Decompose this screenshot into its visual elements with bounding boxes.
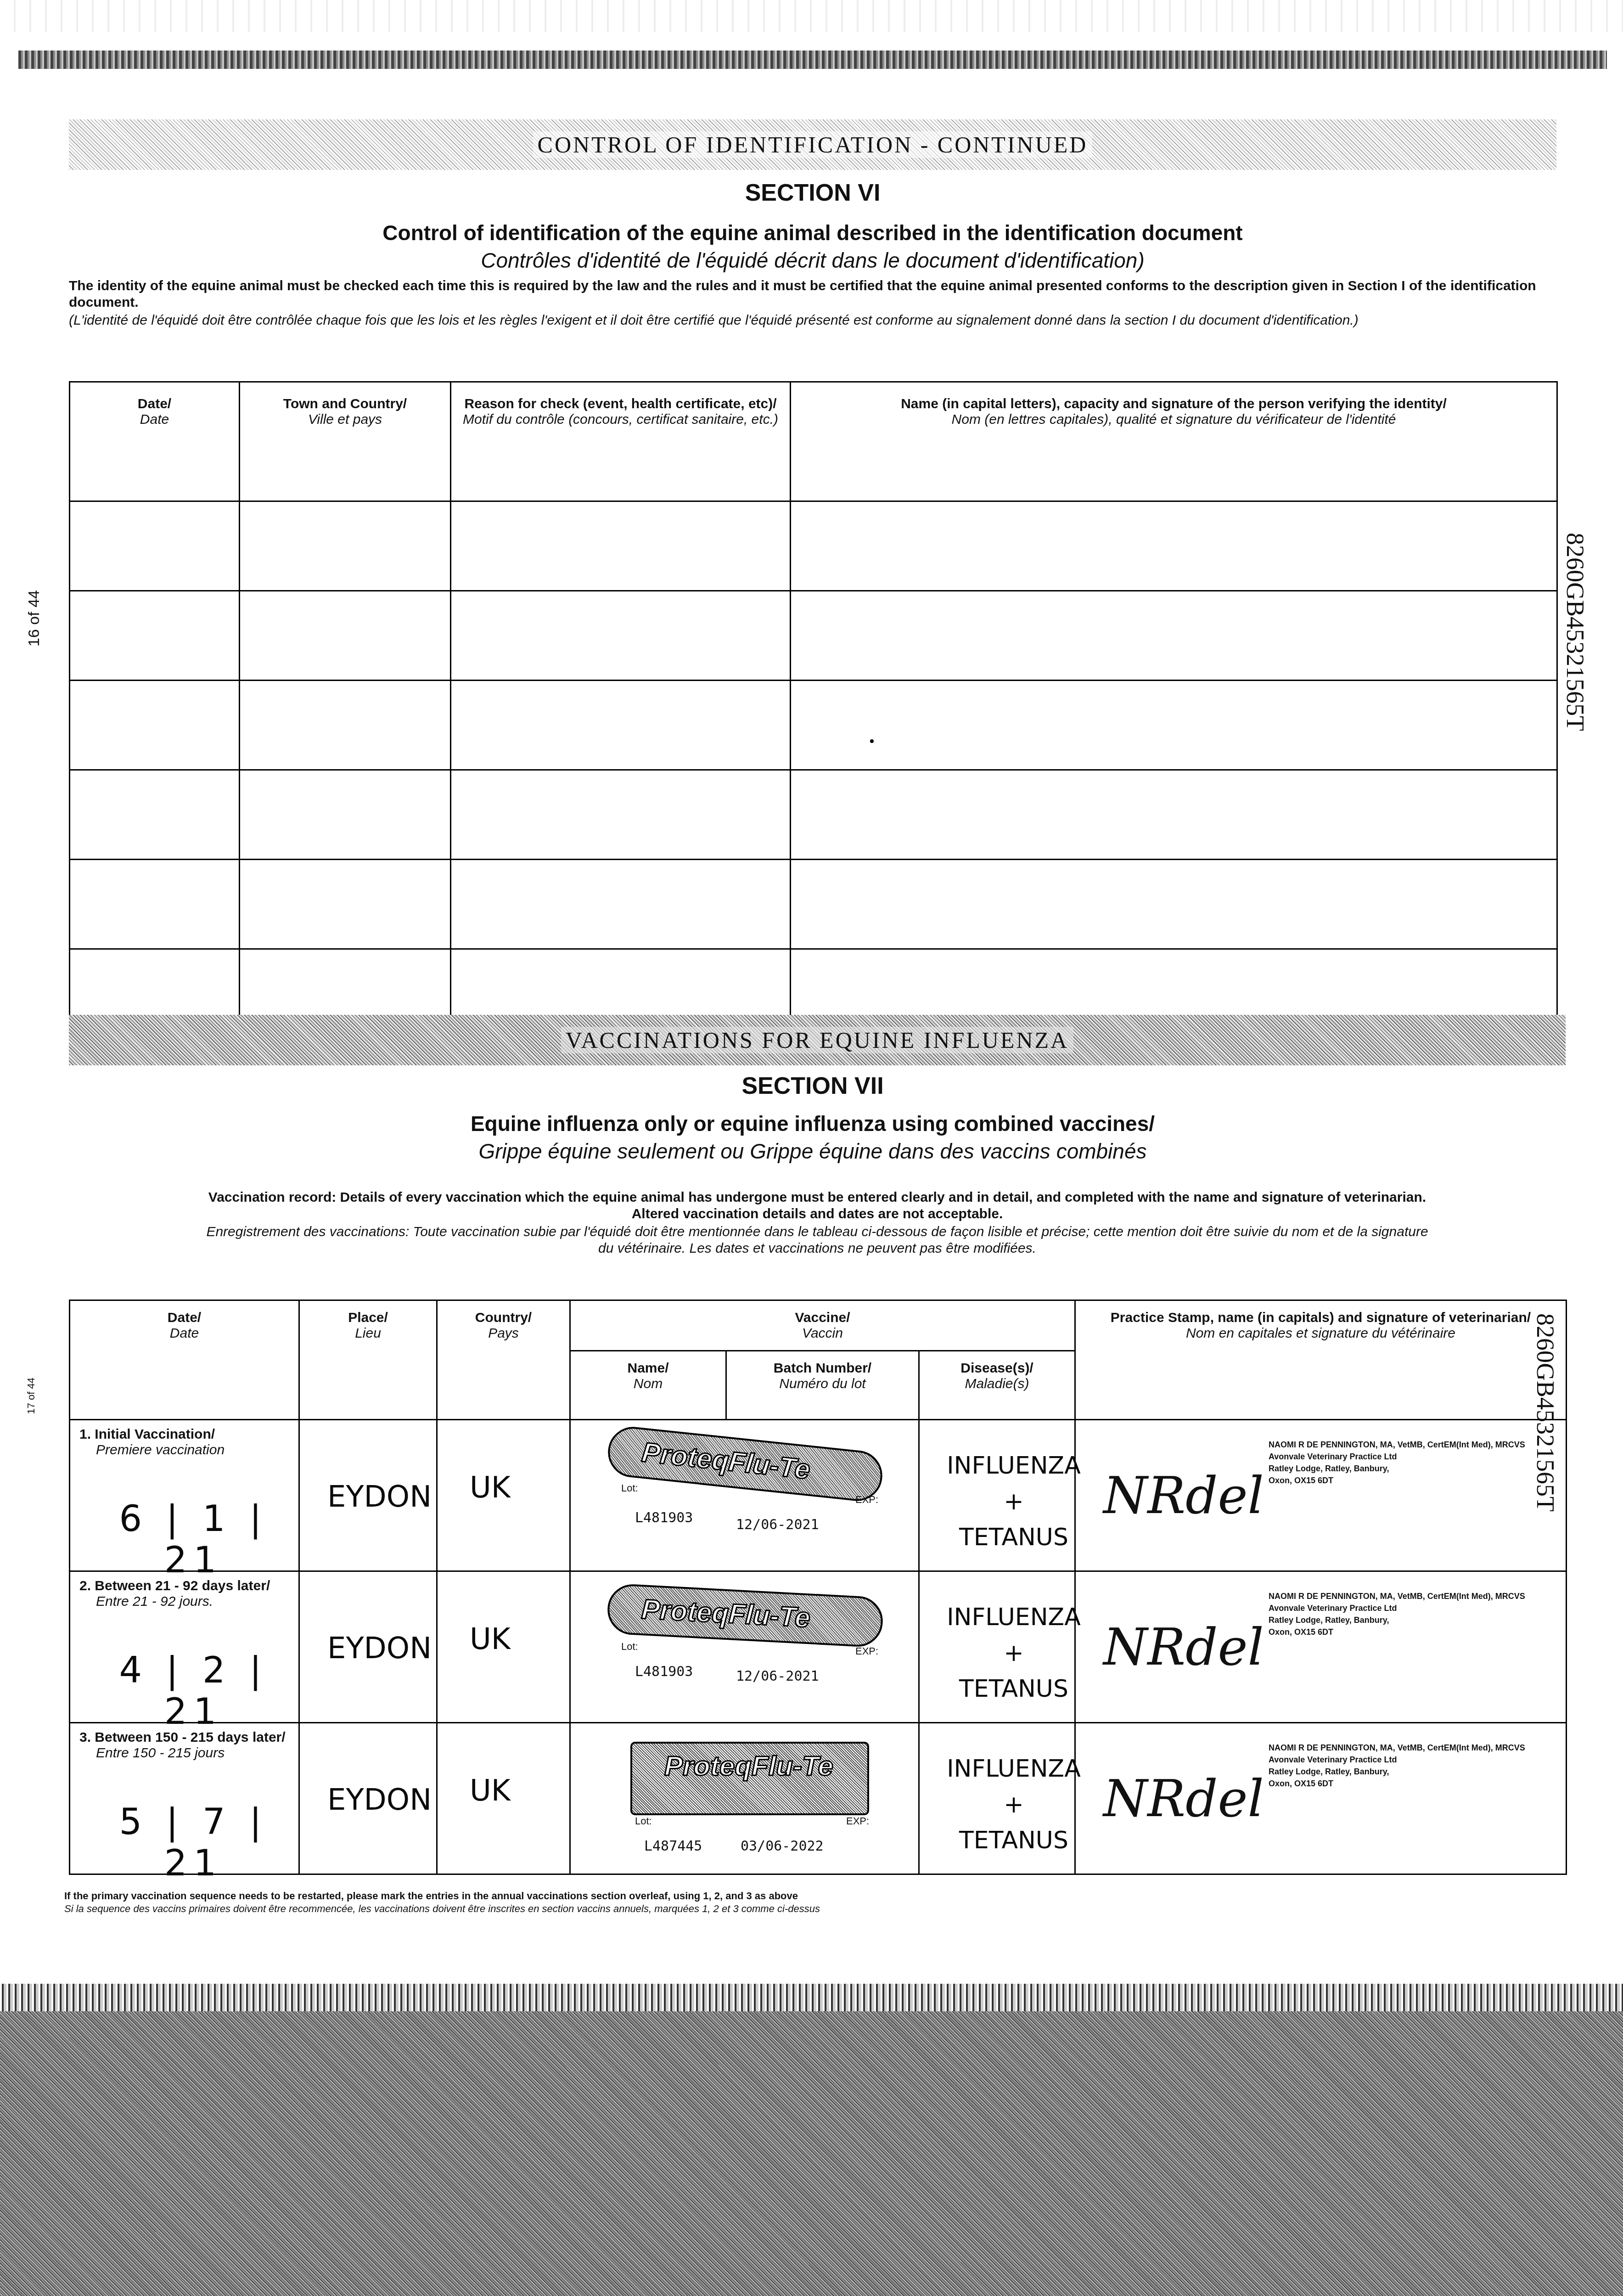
handwritten-date: 6 | 1 | 21 (89, 1498, 298, 1581)
cell[interactable] (451, 860, 791, 949)
col-practice-stamp: Practice Stamp, name (in capitals) and s… (1075, 1300, 1567, 1420)
expiry-date: 12/06-2021 (736, 1668, 819, 1684)
section6-title: SECTION VI (51, 179, 1575, 207)
handwritten-place: EYDON (327, 1480, 432, 1514)
section6-subtitle-fr: Contrôles d'identité de l'équidé décrit … (51, 248, 1575, 273)
identity-check-table: Date/Date Town and Country/Ville et pays… (69, 381, 1558, 1039)
cell[interactable] (451, 591, 791, 681)
passport-id-lower: 8260GB45321565T (1531, 1313, 1560, 1512)
section7-subtitle-fr: Grippe équine seulement ou Grippe équine… (51, 1139, 1575, 1164)
country-cell[interactable]: UK (437, 1420, 570, 1571)
place-cell[interactable]: EYDON (299, 1571, 437, 1723)
footnote-fr: Si la sequence des vaccins primaires doi… (64, 1902, 1561, 1915)
stamp-cell[interactable]: NRdel NAOMI R DE PENNINGTON, MA, VetMB, … (1075, 1723, 1567, 1874)
section6-instruction-fr: (L'identité de l'équidé doit être contrô… (69, 312, 1556, 329)
vaccine-sticker: ProteqFlu-Te (606, 1424, 885, 1503)
handwritten-diseases: INFLUENZA+TETANUS (931, 1448, 1096, 1555)
col-vaccine-name: Name/Nom (570, 1351, 726, 1420)
vaccination-record-en-line1: Vaccination record: Details of every vac… (69, 1189, 1566, 1206)
table-row (70, 501, 1557, 591)
handwritten-country: UK (470, 1774, 511, 1808)
cell[interactable] (70, 501, 240, 591)
table-row (70, 681, 1557, 770)
col-verifier: Name (in capital letters), capacity and … (791, 382, 1557, 501)
vaccine-sticker-cell[interactable]: ProteqFlu-Te Lot: EXP: L481903 12/06-202… (570, 1571, 919, 1723)
practice-stamp: NAOMI R DE PENNINGTON, MA, VetMB, CertEM… (1269, 1590, 1525, 1638)
lot-label: Lot: (621, 1641, 638, 1653)
stage-label: 2. Between 21 - 92 days later/Entre 21 -… (79, 1578, 270, 1609)
stamp-cell[interactable]: NRdel NAOMI R DE PENNINGTON, MA, VetMB, … (1075, 1571, 1567, 1723)
section7-banner-text: VACCINATIONS FOR EQUINE INFLUENZA (561, 1027, 1073, 1053)
page-number-lower: 17 of 44 (25, 1378, 37, 1414)
col-batch-number: Batch Number/Numéro du lot (726, 1351, 919, 1420)
col-date: Date/Date (70, 382, 240, 501)
vaccine-sticker-cell[interactable]: ProteqFlu-Te Lot: EXP: L487445 03/06-202… (570, 1723, 919, 1874)
cell[interactable] (791, 860, 1557, 949)
disease-cell[interactable]: INFLUENZA+TETANUS (919, 1420, 1075, 1571)
table-row (70, 860, 1557, 949)
handwritten-country: UK (470, 1622, 511, 1656)
vaccination-header-row-1: Date/Date Place/Lieu Country/Pays Vaccin… (70, 1300, 1567, 1351)
section6-banner-text: CONTROL OF IDENTIFICATION - CONTINUED (533, 131, 1093, 158)
section7-title: SECTION VII (51, 1072, 1575, 1100)
col-place: Place/Lieu (299, 1300, 437, 1420)
exp-label: EXP: (846, 1815, 869, 1827)
vet-signature: NRdel (1103, 1466, 1264, 1525)
handwritten-diseases: INFLUENZA+TETANUS (931, 1599, 1096, 1707)
vaccination-record-en: Vaccination record: Details of every vac… (69, 1189, 1566, 1222)
vaccine-sticker-cell[interactable]: ProteqFlu-Te Lot: EXP: L481903 12/06-202… (570, 1420, 919, 1571)
practice-stamp: NAOMI R DE PENNINGTON, MA, VetMB, CertEM… (1269, 1742, 1525, 1790)
vaccination-table: Date/Date Place/Lieu Country/Pays Vaccin… (69, 1300, 1567, 1875)
table-row (70, 770, 1557, 860)
vaccine-sticker: ProteqFlu-Te (630, 1742, 869, 1815)
cell[interactable] (70, 770, 240, 860)
cell[interactable] (791, 681, 1557, 770)
cell[interactable] (451, 501, 791, 591)
expiry-date: 03/06-2022 (741, 1838, 824, 1854)
handwritten-date: 5 | 7 | 21 (89, 1801, 298, 1884)
cell[interactable] (240, 501, 451, 591)
identity-check-header-row: Date/Date Town and Country/Ville et pays… (70, 382, 1557, 501)
col-country: Country/Pays (437, 1300, 570, 1420)
place-cell[interactable]: EYDON (299, 1723, 437, 1874)
lot-label: Lot: (621, 1482, 638, 1494)
cell[interactable] (240, 591, 451, 681)
cell[interactable] (70, 860, 240, 949)
scan-bottom-edge (0, 1984, 1623, 2011)
vet-signature: NRdel (1103, 1769, 1264, 1828)
date-cell[interactable]: 2. Between 21 - 92 days later/Entre 21 -… (70, 1571, 299, 1723)
cell[interactable] (240, 681, 451, 770)
cell[interactable] (451, 770, 791, 860)
section6-banner: CONTROL OF IDENTIFICATION - CONTINUED (69, 119, 1556, 170)
col-date: Date/Date (70, 1300, 299, 1420)
stage-label: 3. Between 150 - 215 days later/Entre 15… (79, 1730, 286, 1761)
cell[interactable] (451, 681, 791, 770)
practice-stamp: NAOMI R DE PENNINGTON, MA, VetMB, CertEM… (1269, 1439, 1525, 1486)
section6-subtitle-en: Control of identification of the equine … (51, 220, 1575, 245)
cell[interactable] (70, 681, 240, 770)
place-cell[interactable]: EYDON (299, 1420, 437, 1571)
cell[interactable] (70, 591, 240, 681)
col-diseases: Disease(s)/Maladie(s) (919, 1351, 1075, 1420)
vaccination-record-fr-line2: du vétérinaire. Les dates et vaccination… (69, 1240, 1566, 1257)
country-cell[interactable]: UK (437, 1723, 570, 1874)
exp-label: EXP: (855, 1645, 878, 1657)
lot-number: L487445 (644, 1838, 702, 1854)
handwritten-country: UK (470, 1471, 511, 1505)
date-cell[interactable]: 3. Between 150 - 215 days later/Entre 15… (70, 1723, 299, 1874)
section6-instruction-en: The identity of the equine animal must b… (69, 278, 1556, 311)
lot-label: Lot: (635, 1815, 652, 1827)
vaccination-row-2: 2. Between 21 - 92 days later/Entre 21 -… (70, 1571, 1567, 1723)
handwritten-place: EYDON (327, 1783, 432, 1817)
date-cell[interactable]: 1. Initial Vaccination/Premiere vaccinat… (70, 1420, 299, 1571)
col-town-country: Town and Country/Ville et pays (240, 382, 451, 501)
pen-mark (870, 739, 874, 743)
cell[interactable] (791, 770, 1557, 860)
stage-label: 1. Initial Vaccination/Premiere vaccinat… (79, 1427, 225, 1458)
table-row (70, 591, 1557, 681)
cell[interactable] (791, 501, 1557, 591)
disease-cell[interactable]: INFLUENZA+TETANUS (919, 1571, 1075, 1723)
vaccination-record-en-line2: Altered vaccination details and dates ar… (69, 1206, 1566, 1222)
cell[interactable] (240, 770, 451, 860)
cell[interactable] (240, 860, 451, 949)
section7-subtitle-en: Equine influenza only or equine influenz… (51, 1111, 1575, 1136)
vet-signature: NRdel (1103, 1618, 1264, 1677)
country-cell[interactable]: UK (437, 1571, 570, 1723)
exp-label: EXP: (855, 1494, 878, 1506)
cell[interactable] (791, 591, 1557, 681)
vaccination-record-fr-line1: Enregistrement des vaccinations: Toute v… (69, 1224, 1566, 1240)
lot-number: L481903 (635, 1510, 693, 1526)
section7-banner: VACCINATIONS FOR EQUINE INFLUENZA (69, 1015, 1566, 1065)
vaccination-row-3: 3. Between 150 - 215 days later/Entre 15… (70, 1723, 1567, 1874)
handwritten-place: EYDON (327, 1632, 432, 1666)
passport-page: CONTROL OF IDENTIFICATION - CONTINUED SE… (51, 69, 1575, 1988)
scan-top-shadow (18, 51, 1607, 69)
lot-number: L481903 (635, 1664, 693, 1680)
handwritten-date: 4 | 2 | 21 (89, 1650, 298, 1733)
vaccination-record-fr: Enregistrement des vaccinations: Toute v… (69, 1224, 1566, 1257)
col-vaccine: Vaccine/Vaccin (570, 1300, 1075, 1351)
page-number-upper: 16 of 44 (25, 590, 43, 647)
scan-top-edge (0, 0, 1623, 32)
handwritten-diseases: INFLUENZA+TETANUS (931, 1751, 1096, 1858)
vaccination-row-1: 1. Initial Vaccination/Premiere vaccinat… (70, 1420, 1567, 1571)
scan-bottom-shadow (0, 1984, 1623, 2296)
expiry-date: 12/06-2021 (736, 1517, 819, 1533)
disease-cell[interactable]: INFLUENZA+TETANUS (919, 1723, 1075, 1874)
col-reason: Reason for check (event, health certific… (451, 382, 791, 501)
vaccine-sticker: ProteqFlu-Te (607, 1583, 884, 1648)
passport-id-upper: 8260GB45321565T (1561, 533, 1589, 731)
footnote-en: If the primary vaccination sequence need… (64, 1890, 1561, 1902)
stamp-cell[interactable]: NRdel NAOMI R DE PENNINGTON, MA, VetMB, … (1075, 1420, 1567, 1571)
